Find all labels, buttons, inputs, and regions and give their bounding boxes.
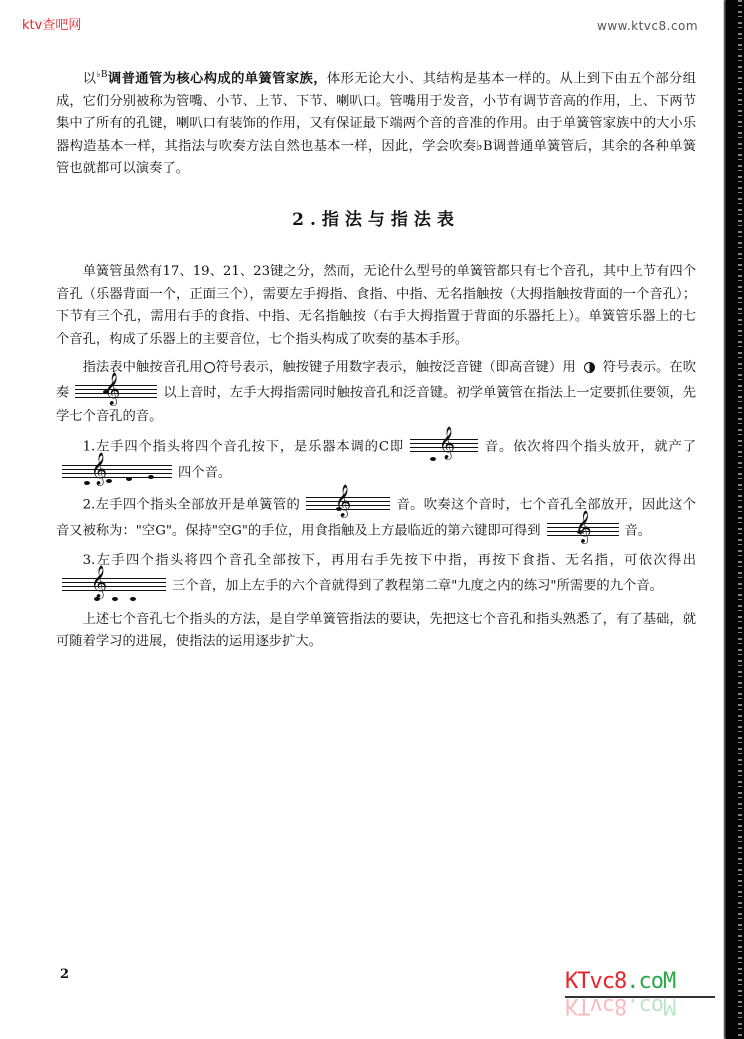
music-notation-four-notes: 𝄞	[62, 460, 172, 486]
ktvc8-logo: KTvc8.coM KTvc8.coM	[565, 970, 715, 1016]
flat-key: ♭B	[96, 70, 107, 80]
paragraph-fingering-symbols: 指法表中触按音孔用符号表示，触按键子用数字表示，触按泛音键（即高音键）用符号表示…	[56, 357, 696, 428]
paragraph-keys-and-holes: 单簧管虽然有17、19、21、23键之分，然而，无论什么型号的单簧管都只有七个音…	[56, 261, 696, 351]
scan-edge-shadow	[726, 0, 744, 1039]
item-2: 2.左手四个指头全部放开是单簧管的𝄞音。吹奏这个音时，七个音孔全部放开，因此这个…	[56, 492, 696, 544]
music-notation-open-g: 𝄞	[306, 492, 390, 518]
item-3: 3.左手四个指头将四个音孔全部按下，再用右手先按下中指，再按下食指、无名指，可依…	[56, 550, 696, 599]
music-notation-a-note: 𝄞	[547, 518, 619, 544]
watermark-top-right: www.ktvc8.com	[597, 19, 698, 33]
music-notation-c-note: 𝄞	[410, 434, 478, 460]
section-title: 2.指法与指法表	[56, 209, 696, 232]
logo-reflection: KTvc8.coM	[565, 998, 715, 1016]
item-1: 1.左手四个指头将四个音孔按下，是乐器本调的C即𝄞音。依次将四个指头放开，就产了…	[56, 434, 696, 486]
open-circle-symbol-icon	[204, 362, 215, 373]
page-number: 2	[60, 967, 69, 982]
treble-clef-icon: 𝄞	[549, 512, 592, 542]
treble-clef-icon: 𝄞	[64, 567, 107, 597]
treble-clef-icon: 𝄞	[64, 454, 107, 484]
watermark-top-left: ktv查吧网	[22, 14, 81, 33]
treble-clef-icon: 𝄞	[308, 486, 351, 516]
half-filled-circle-icon	[584, 362, 595, 373]
closing-paragraph: 上述七个音孔七个指头的方法，是自学单簧管指法的要诀，先把这七个音孔和指头熟悉了，…	[56, 609, 696, 654]
music-notation-high-note: 𝄞	[75, 380, 157, 406]
page-body: 以♭B调普通管为核心构成的单簧管家族，体形无论大小、其结构是基本一样的。从上到下…	[56, 64, 696, 654]
treble-clef-icon: 𝄞	[412, 428, 455, 458]
treble-clef-icon: 𝄞	[77, 374, 120, 404]
intro-paragraph: 以♭B调普通管为核心构成的单簧管家族，体形无论大小、其结构是基本一样的。从上到下…	[56, 64, 696, 181]
music-notation-three-notes: 𝄞	[62, 573, 166, 599]
